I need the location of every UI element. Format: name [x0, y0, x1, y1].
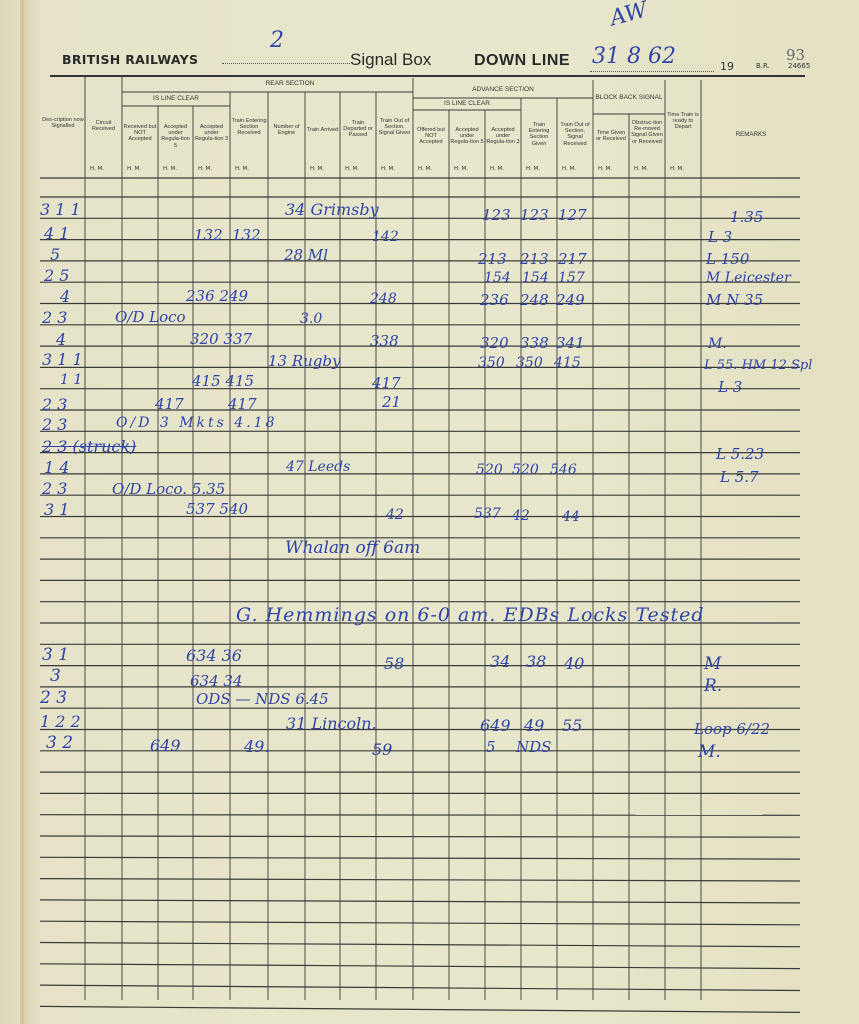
- advance-is-line-clear-heading: IS LINE CLEAR: [413, 101, 521, 107]
- entry-5-adv-out: 249: [556, 291, 585, 309]
- entry-10-out-given: 21: [382, 393, 401, 411]
- entry-8-remarks: L 55. HM 12 Spl: [704, 358, 812, 373]
- block-back-signal-heading: BLOCK BACK SIGNAL: [595, 95, 663, 101]
- entry-17-remarks: R.: [704, 676, 722, 696]
- entry-5-out-given: 248: [370, 291, 397, 307]
- entry-16-remarks: M: [704, 654, 721, 674]
- entry-8-adv-entering: 350: [516, 355, 543, 371]
- col-description: Des-cription now Signalled: [42, 117, 84, 129]
- entry-5-rear: 236 249: [186, 287, 248, 305]
- hm-label: H. M.: [163, 166, 177, 172]
- entry-17-description: 3: [50, 666, 61, 686]
- entry-1-remarks: 1.35: [730, 208, 763, 226]
- hm-label: H. M.: [127, 166, 141, 172]
- entry-11-description: 2 3: [42, 415, 67, 434]
- entry-19-remarks: Loop 6/22: [694, 720, 770, 738]
- entry-13-adv-reg3: 520: [476, 462, 503, 478]
- entry-11-note: O/D 3 Mkts 4.18: [116, 415, 277, 431]
- entry-19-engine: 31 Lincoln.: [286, 714, 377, 733]
- entry-19-adv-out: 55: [562, 716, 582, 735]
- entry-3-remarks: L 150: [706, 250, 749, 268]
- entry-3-engine: 28 Ml: [284, 246, 328, 264]
- entry-1-adv-entering: 123: [520, 206, 549, 224]
- entry-8-description: 3 1 1: [42, 350, 83, 369]
- hm-label: H. M.: [418, 166, 432, 172]
- entry-16-description: 3 1: [42, 645, 69, 665]
- col-adv-entering: Train Entering Section Given: [522, 122, 556, 147]
- entry-7-adv-reg3: 320: [480, 334, 509, 352]
- col-out-of-section-given: Train Out of Section, Signal Given: [377, 118, 412, 137]
- entry-2-remarks: L 3: [708, 228, 732, 246]
- entry-2-out-given: 142: [372, 229, 399, 245]
- col-departed: Train Departed or Passed: [341, 120, 375, 139]
- entry-20-remarks: M.: [698, 742, 721, 762]
- entry-8-engine: 13 Rugby: [268, 352, 341, 370]
- entry-18-description: 2 3: [40, 688, 67, 708]
- entry-6-arrived: 3.0: [300, 311, 322, 327]
- col-adv-offered: Offered but NOT Accepted: [414, 127, 448, 146]
- entry-15-description: 3 1: [44, 500, 69, 519]
- entry-20-adv-reg3: 5: [486, 738, 496, 756]
- col-adv-reg5: Accepted under Regula-tion 5: [450, 127, 484, 146]
- entry-18-note: ODS — NDS 6.45: [196, 690, 329, 708]
- entry-12-description-struck: 2 3 (struck): [42, 437, 136, 456]
- entry-10-description: 2 3: [42, 395, 67, 414]
- col-engine-number: Number of Engine: [269, 124, 304, 136]
- entry-19-adv-reg3: 649: [480, 716, 511, 735]
- entry-7-out-given: 338: [370, 332, 399, 350]
- hm-label: H. M.: [345, 166, 359, 172]
- hm-label: H. M.: [310, 166, 324, 172]
- hm-label: H. M.: [235, 166, 249, 172]
- entry-15-out-given: 42: [386, 507, 404, 523]
- col-rear-entering: Train Entering Section Received: [231, 118, 267, 137]
- entry-2-rear-entering: 132: [232, 226, 261, 244]
- entry-7-rear: 320 337: [190, 330, 252, 348]
- hm-label: H. M.: [90, 166, 104, 172]
- entry-16-out-given: 58: [384, 654, 404, 673]
- entry-9-remarks: L 3: [718, 378, 742, 396]
- entry-15-adv-reg3: 537: [474, 506, 501, 522]
- rear-is-line-clear-heading: IS LINE CLEAR: [122, 96, 230, 102]
- entry-10-rear-entering: 417: [228, 395, 257, 413]
- entry-7-adv-out: 341: [556, 334, 585, 352]
- col-remarks: REMARKS: [702, 132, 800, 138]
- entry-20-adv-entering: NDS: [516, 738, 551, 756]
- entry-4-adv-entering: 154: [522, 270, 549, 286]
- shift-note-on: G. Hemmings on 6-0 am. EDBs Locks Tested: [236, 604, 705, 626]
- entry-13-remarks: L 5.7: [720, 468, 759, 486]
- col-adv-out-of-section: Train Out of Section, Signal Received: [558, 122, 592, 147]
- hm-label: H. M.: [381, 166, 395, 172]
- entry-5-description: 4: [60, 287, 70, 306]
- col-arrived: Train Arrived: [306, 127, 339, 133]
- entry-20-out-given: 59: [372, 740, 392, 759]
- hm-label: H. M.: [670, 166, 684, 172]
- entry-12-remarks: L 5.23: [716, 445, 764, 463]
- col-bb-obstruction: Obstruc-tion Re-moved Signal Given or Re…: [630, 120, 664, 145]
- entry-5-remarks: M N 35: [706, 291, 763, 309]
- entry-13-adv-entering: 520: [512, 462, 539, 478]
- entry-16-adv-entering: 38: [526, 652, 546, 671]
- entry-3-description: 5: [50, 245, 60, 264]
- entry-8-adv-reg3: 350: [478, 355, 505, 371]
- entry-19-description: 1 2 2: [40, 712, 81, 731]
- entry-1-engine: 34 Grimsby: [285, 200, 379, 219]
- col-rear-not-accepted: Received but NOT Accepted: [123, 124, 157, 143]
- entry-1-adv-reg3: 123: [482, 206, 511, 224]
- entry-14-note: O/D Loco. 5.35: [112, 480, 225, 498]
- entry-5-adv-entering: 248: [520, 291, 549, 309]
- entry-20-rear-entering: 49.: [244, 737, 269, 756]
- advance-section-heading: ADVANCE SECTION: [413, 87, 593, 93]
- entry-5-adv-reg3: 236: [480, 291, 509, 309]
- rear-section-heading: REAR SECTION: [200, 81, 380, 87]
- entry-13-description: 1 4: [44, 458, 69, 477]
- entry-6-circuit: O/D Loco: [115, 308, 186, 326]
- hm-label: H. M.: [454, 166, 468, 172]
- entry-14-description: 2 3: [42, 479, 67, 498]
- entry-9-rear: 415 415: [192, 372, 254, 390]
- entry-15-adv-entering: 42: [512, 508, 530, 524]
- entry-4-description: 2 5: [44, 266, 69, 285]
- col-circuit: Circuit Received: [86, 120, 121, 132]
- entry-7-adv-entering: 338: [520, 334, 549, 352]
- entry-4-adv-out: 157: [558, 270, 585, 286]
- entry-2-rear-reg3: 132: [194, 226, 223, 244]
- hm-label: H. M.: [526, 166, 540, 172]
- entry-6-description: 2 3: [42, 308, 67, 327]
- entry-15-adv-out: 44: [562, 509, 580, 525]
- entry-19-adv-entering: 49: [524, 716, 544, 735]
- entry-3-adv-out: 217: [558, 250, 587, 268]
- hm-label: H. M.: [490, 166, 504, 172]
- hm-label: H. M.: [598, 166, 612, 172]
- shift-note-off: Whalan off 6am: [285, 538, 420, 558]
- register-grid: [0, 0, 859, 1024]
- entry-3-adv-entering: 213: [520, 250, 549, 268]
- entry-13-engine: 47 Leeds: [286, 459, 350, 475]
- entry-1-adv-out: 127: [558, 206, 587, 224]
- entry-7-remarks: M.: [708, 336, 727, 352]
- hm-label: H. M.: [634, 166, 648, 172]
- hm-label: H. M.: [198, 166, 212, 172]
- entry-7-description: 4: [56, 330, 66, 349]
- entry-20-description: 3 2: [46, 733, 73, 753]
- entry-4-adv-reg3: 154: [484, 270, 511, 286]
- entry-16-adv-out: 40: [564, 654, 584, 673]
- col-adv-reg3: Accepted under Regula-tion 3: [486, 127, 520, 146]
- col-ready-to-depart: Time Train is ready to Depart: [666, 112, 700, 131]
- entry-4-remarks: M Leicester: [706, 270, 791, 286]
- entry-10-rear-not-accepted: 417: [155, 395, 184, 413]
- entry-8-adv-out: 415: [554, 355, 581, 371]
- entry-17-rear: 634 34: [190, 672, 243, 690]
- hm-label: H. M.: [562, 166, 576, 172]
- entry-2-description: 4 1: [44, 224, 69, 243]
- col-rear-reg5: Accepted under Regula-tion 5: [159, 124, 192, 149]
- entry-15-rear: 537 540: [186, 500, 248, 518]
- entry-16-rear: 634 36: [186, 646, 242, 665]
- col-bb-time: Time Given or Received: [594, 130, 628, 142]
- col-rear-reg3: Accepted under Regula-tion 3: [194, 124, 229, 143]
- entry-9-description: 1 1: [60, 372, 82, 388]
- entry-13-adv-out: 546: [550, 462, 577, 478]
- entry-20-rear-not-accepted: 649: [150, 736, 181, 755]
- entry-3-adv-reg3: 213: [478, 250, 507, 268]
- entry-9-out-given: 417: [372, 374, 401, 392]
- entry-16-adv-reg3: 34: [490, 652, 510, 671]
- entry-1-description: 3 1 1: [40, 200, 81, 219]
